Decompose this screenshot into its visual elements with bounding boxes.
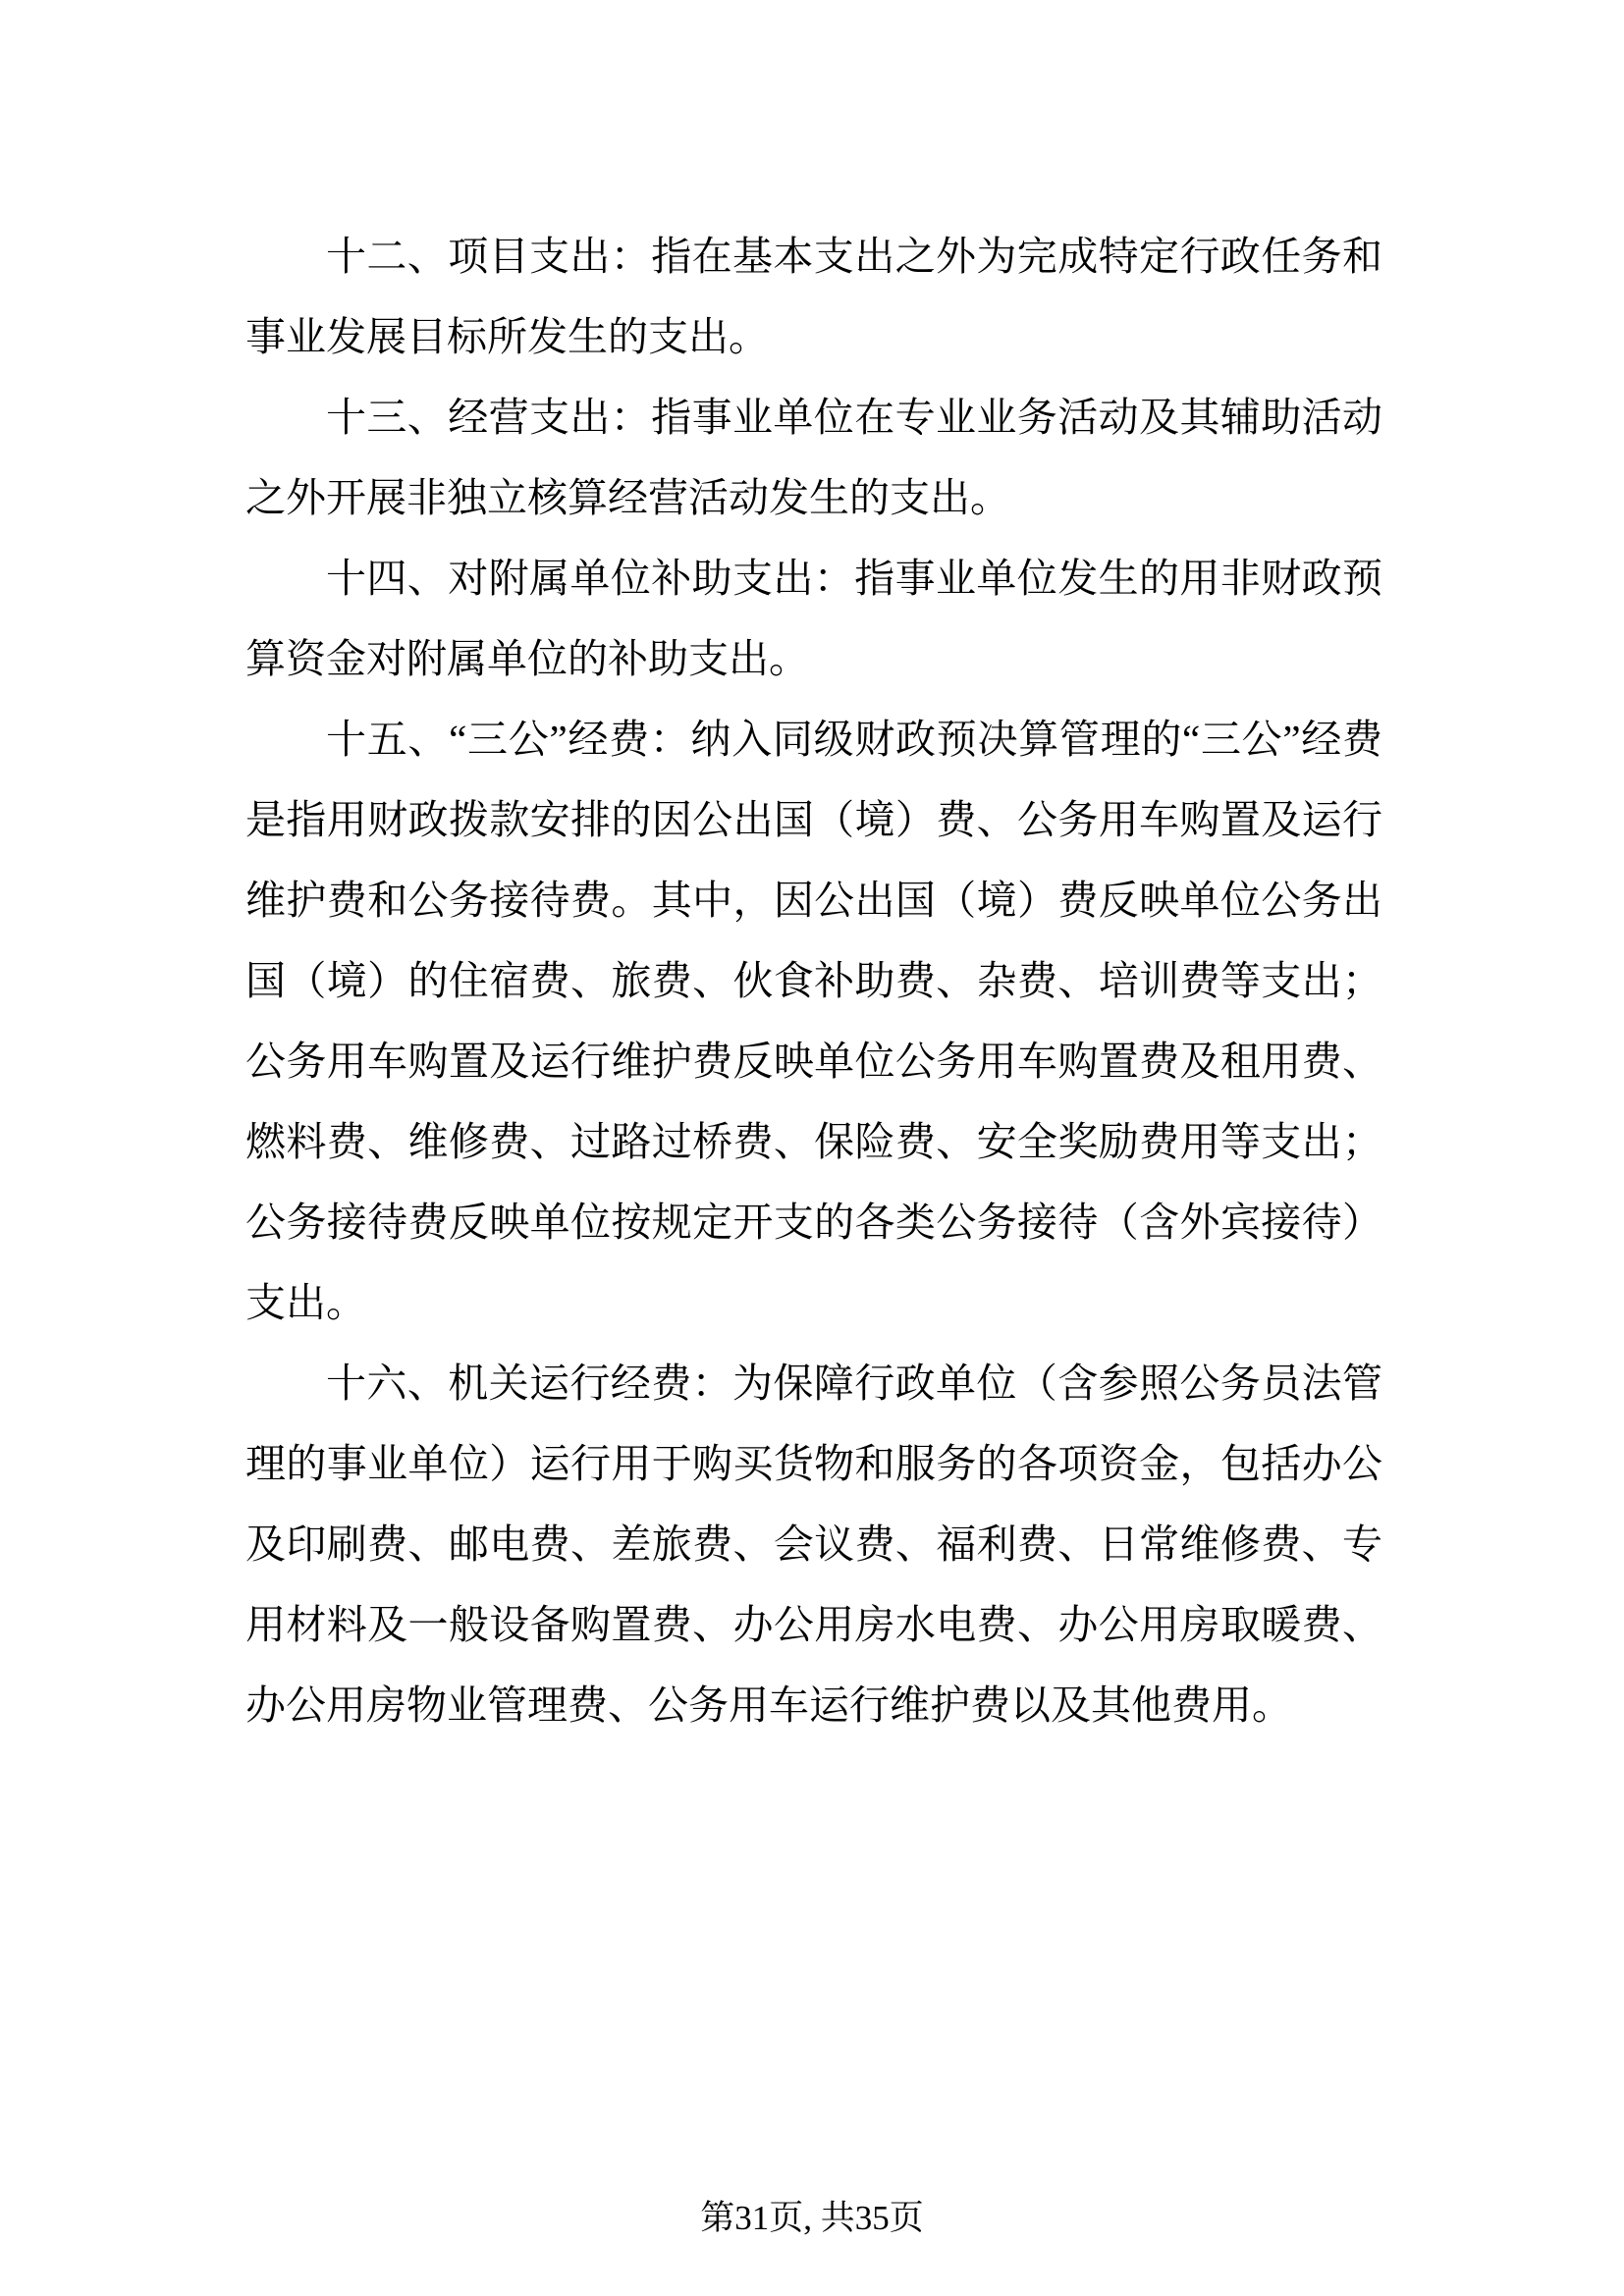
- body-paragraph-12-project-expenditure: 十二、项目支出：指在基本支出之外为完成特定行政任务和事业发展目标所发生的支出。: [245, 216, 1382, 377]
- body-paragraph-13-operating-expenditure: 十三、经营支出：指事业单位在专业业务活动及其辅助活动之外开展非独立核算经营活动发…: [245, 377, 1382, 538]
- page-footer: 第31页, 共35页: [0, 2195, 1624, 2242]
- page-number-indicator: 第31页, 共35页: [700, 2199, 924, 2237]
- body-paragraph-16-agency-operating-funds: 十六、机关运行经费：为保障行政单位（含参照公务员法管理的事业单位）运行用于购买货…: [245, 1343, 1382, 1745]
- body-paragraph-15-three-public-funds: 十五、“三公”经费：纳入同级财政预决算管理的“三公”经费是指用财政拨款安排的因公…: [245, 699, 1382, 1343]
- body-paragraph-14-subsidy-to-affiliated-units: 十四、对附属单位补助支出：指事业单位发生的用非财政预算资金对附属单位的补助支出。: [245, 538, 1382, 699]
- document-body: 十二、项目支出：指在基本支出之外为完成特定行政任务和事业发展目标所发生的支出。 …: [245, 216, 1382, 1745]
- document-page: 十二、项目支出：指在基本支出之外为完成特定行政任务和事业发展目标所发生的支出。 …: [0, 0, 1624, 2296]
